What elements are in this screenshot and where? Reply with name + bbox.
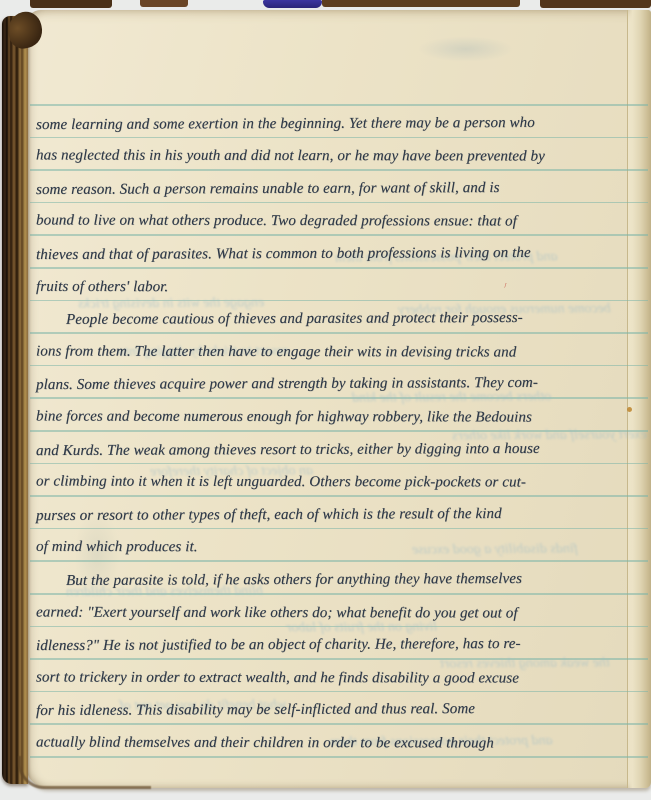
handwriting-line: ions from them. The latter then have to … <box>36 338 516 366</box>
cover-edge-segment <box>322 0 520 7</box>
handwriting-line: some reason. Such a person remains unabl… <box>36 175 500 204</box>
cover-edge-segment <box>30 0 112 8</box>
red-ink-mark: ᶴ <box>504 281 511 291</box>
page-bottom-edge <box>18 756 151 789</box>
handwriting-line: bound to live on what others produce. Tw… <box>36 208 517 236</box>
paper-stain <box>418 36 513 62</box>
handwriting-line: some learning and some exertion in the b… <box>36 110 535 139</box>
handwriting-line: of mind which produces it. <box>36 534 198 561</box>
notebook-scan: and protect their possessions from theme… <box>0 0 651 800</box>
handwriting-line: and Kurds. The weak among thieves resort… <box>36 435 540 464</box>
handwriting-line: for his idleness. This disability may be… <box>36 696 475 725</box>
handwriting-line: bine forces and become numerous enough f… <box>36 403 532 431</box>
handwriting-line: or climbing into it when it is left ungu… <box>36 469 526 497</box>
handwriting-line: actually blind themselves and their chil… <box>36 730 494 758</box>
handwriting-line: sort to trickery in order to extract wea… <box>36 664 519 692</box>
page-curl-edge <box>627 10 651 788</box>
bleed-through-text: finds disability a good excuse <box>412 541 578 558</box>
handwriting-line: fruits of others' labor. <box>36 273 168 300</box>
handwriting-line: But the parasite is told, if he asks oth… <box>36 566 522 595</box>
handwriting-line: earned: "Exert yourself and work like ot… <box>36 599 518 627</box>
handwriting-line: has neglected this in his youth and did … <box>36 143 545 171</box>
blue-ink-smudge <box>263 0 322 8</box>
cover-edge-segment <box>140 0 188 7</box>
rust-spot <box>627 407 632 412</box>
handwriting-line: plans. Some thieves acquire power and st… <box>36 370 538 399</box>
binding-page-edges <box>2 16 28 784</box>
handwriting-line: purses or resort to other types of theft… <box>36 501 502 530</box>
handwriting-line: thieves and that of parasites. What is c… <box>36 240 531 269</box>
handwriting-line: People become cautious of thieves and pa… <box>36 305 523 334</box>
handwriting-line: idleness?" He is not justified to be an … <box>36 631 521 660</box>
cover-edge-segment <box>540 0 651 8</box>
ruled-line <box>30 104 648 106</box>
